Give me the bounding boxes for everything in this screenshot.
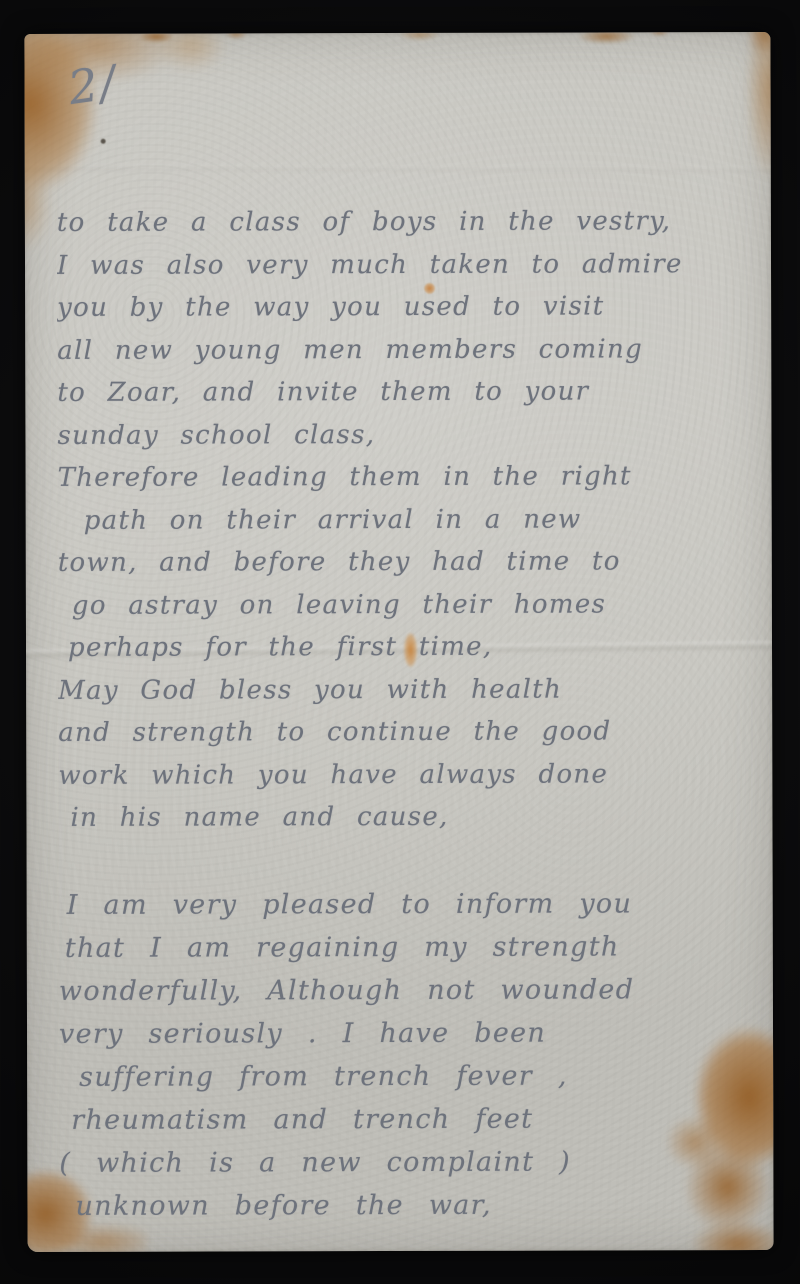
letter-line: town, and before they had time to: [58, 540, 754, 584]
letter-line: Therefore leading them in the right: [58, 455, 754, 499]
letter-line: perhaps for the first time,: [68, 625, 754, 669]
letter-line: wonderfully, Although not wounded: [59, 968, 755, 1013]
letter-line: unknown before the war,: [75, 1183, 755, 1228]
letter-line: all new young men members coming: [57, 328, 753, 372]
letter-line: in his name and cause,: [70, 795, 754, 839]
letter-line: ( which is a new complaint ): [59, 1140, 755, 1185]
letter-line: sunday school class,: [57, 413, 753, 457]
letter-line: you by the way you used to visit: [57, 285, 753, 329]
letter-line: work which you have always done: [58, 753, 754, 797]
letter-line: and strength to continue the good: [58, 710, 754, 754]
ink-speck: [101, 139, 106, 144]
letter-line: very seriously . I have been: [59, 1011, 755, 1056]
page-number: 2/: [65, 55, 121, 115]
letter-line: suffering from trench fever ,: [79, 1054, 755, 1099]
letter-line: May God bless you with health: [58, 668, 754, 712]
photo-background: 2/ to take a class of boys in the vestry…: [0, 0, 800, 1284]
letter-line: that I am regaining my strength: [65, 925, 755, 970]
letter-page: 2/ to take a class of boys in the vestry…: [24, 32, 773, 1252]
paragraph: to take a class of boys in the vestry,I …: [57, 200, 755, 839]
letter-line: to Zoar, and invite them to your: [57, 370, 753, 414]
fold-crease-upper: [24, 164, 773, 174]
letter-line: rheumatism and trench feet: [71, 1097, 755, 1142]
letter-line: I am very pleased to inform you: [67, 882, 755, 927]
letter-body: to take a class of boys in the vestry,I …: [57, 200, 756, 1242]
letter-line: to take a class of boys in the vestry,: [57, 200, 753, 244]
letter-line: path on their arrival in a new: [84, 498, 754, 542]
stain-top-edge-spots: [114, 32, 694, 56]
letter-line: go astray on leaving their homes: [72, 583, 754, 627]
paragraph: I am very pleased to inform youthat I am…: [59, 882, 756, 1228]
letter-line: I was also very much taken to admire: [57, 243, 753, 287]
stain-top-right: [720, 32, 773, 220]
